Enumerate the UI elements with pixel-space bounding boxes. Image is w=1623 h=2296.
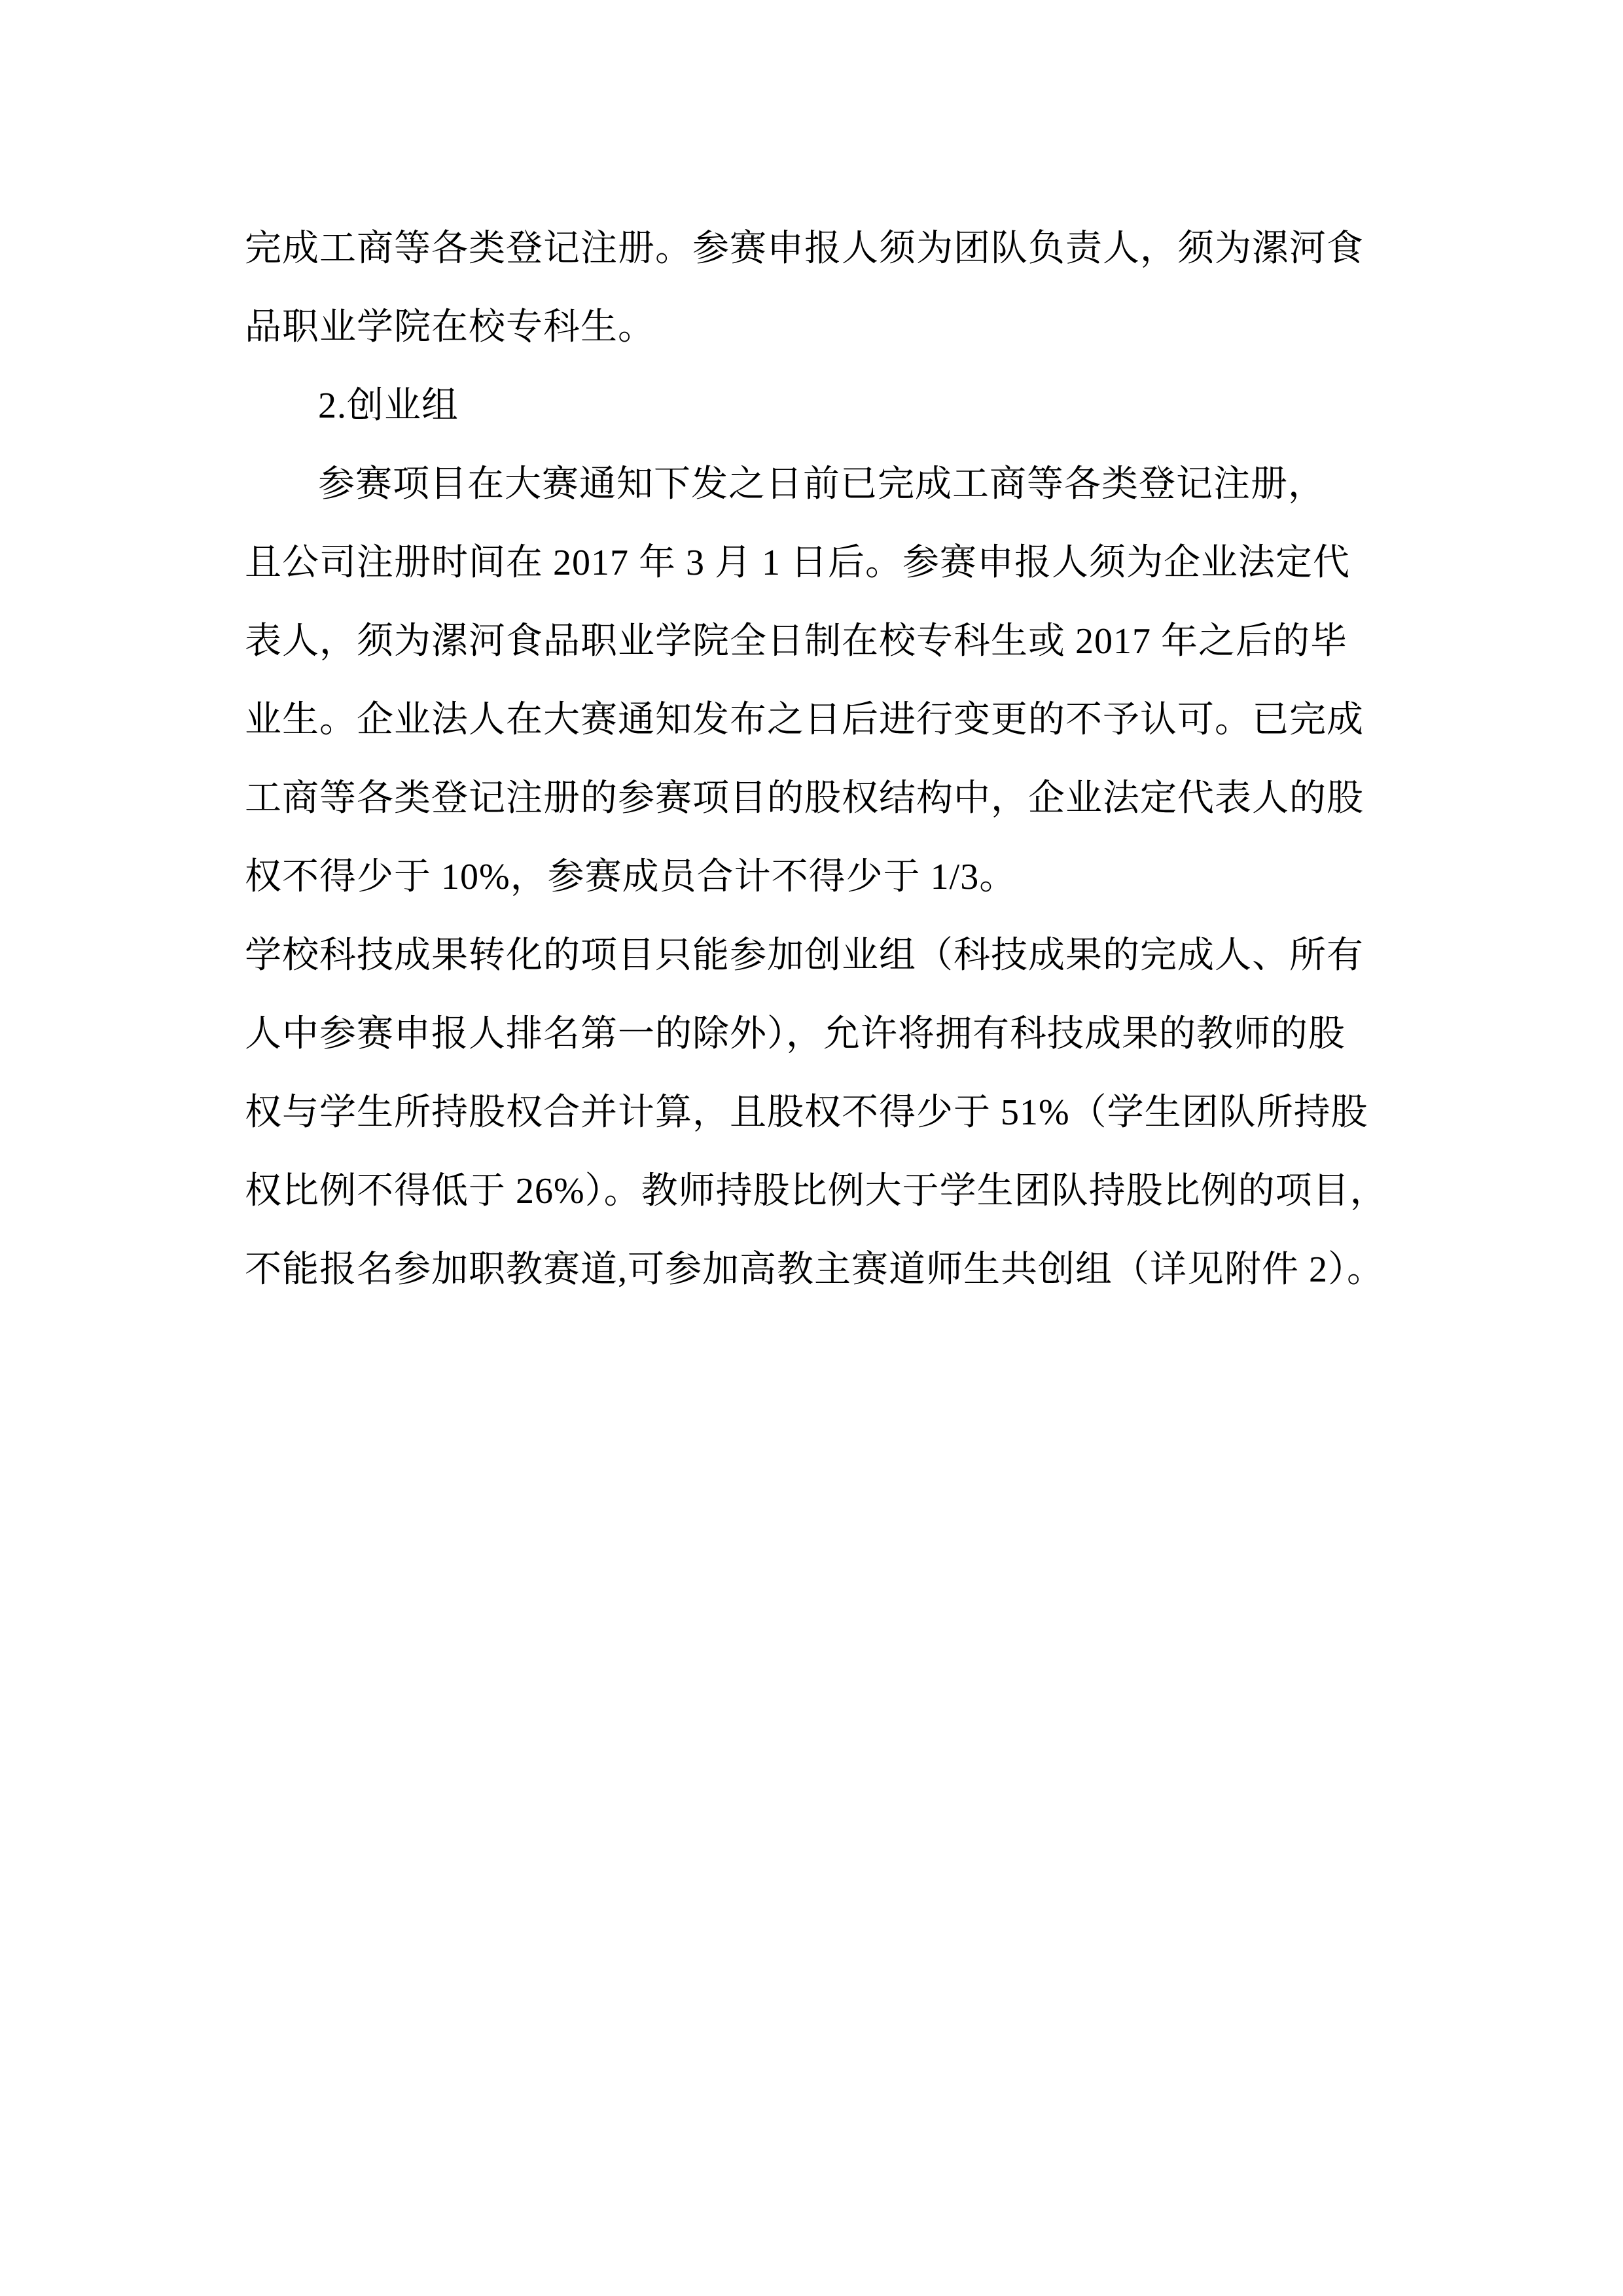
document-line-section-heading: 2.创业组 (245, 367, 1380, 445)
document-line: 不能报名参加职教赛道,可参加高教主赛道师生共创组（详见附件 2）。 (245, 1230, 1380, 1309)
document-line: 学校科技成果转化的项目只能参加创业组（科技成果的完成人、所有 (245, 916, 1380, 995)
document-line: 工商等各类登记注册的参赛项目的股权结构中，企业法定代表人的股 (245, 759, 1380, 838)
document-line: 权与学生所持股权合并计算，且股权不得少于 51%（学生团队所持股 (245, 1073, 1380, 1152)
document-line: 且公司注册时间在 2017 年 3 月 1 日后。参赛申报人须为企业法定代 (245, 524, 1380, 602)
document-page: 完成工商等各类登记注册。参赛申报人须为团队负责人，须为漯河食 品职业学院在校专科… (0, 0, 1623, 2296)
document-line: 完成工商等各类登记注册。参赛申报人须为团队负责人，须为漯河食 (245, 209, 1380, 288)
document-line: 人中参赛申报人排名第一的除外），允许将拥有科技成果的教师的股 (245, 995, 1380, 1073)
document-line: 权不得少于 10%，参赛成员合计不得少于 1/3。 (245, 838, 1380, 916)
document-line: 权比例不得低于 26%）。教师持股比例大于学生团队持股比例的项目， (245, 1152, 1380, 1230)
document-line: 品职业学院在校专科生。 (245, 288, 1380, 367)
document-text-block: 完成工商等各类登记注册。参赛申报人须为团队负责人，须为漯河食 品职业学院在校专科… (245, 209, 1380, 1309)
document-line: 表人，须为漯河食品职业学院全日制在校专科生或 2017 年之后的毕 (245, 602, 1380, 681)
document-line: 参赛项目在大赛通知下发之日前已完成工商等各类登记注册， (245, 445, 1380, 524)
document-line: 业生。企业法人在大赛通知发布之日后进行变更的不予认可。已完成 (245, 681, 1380, 759)
